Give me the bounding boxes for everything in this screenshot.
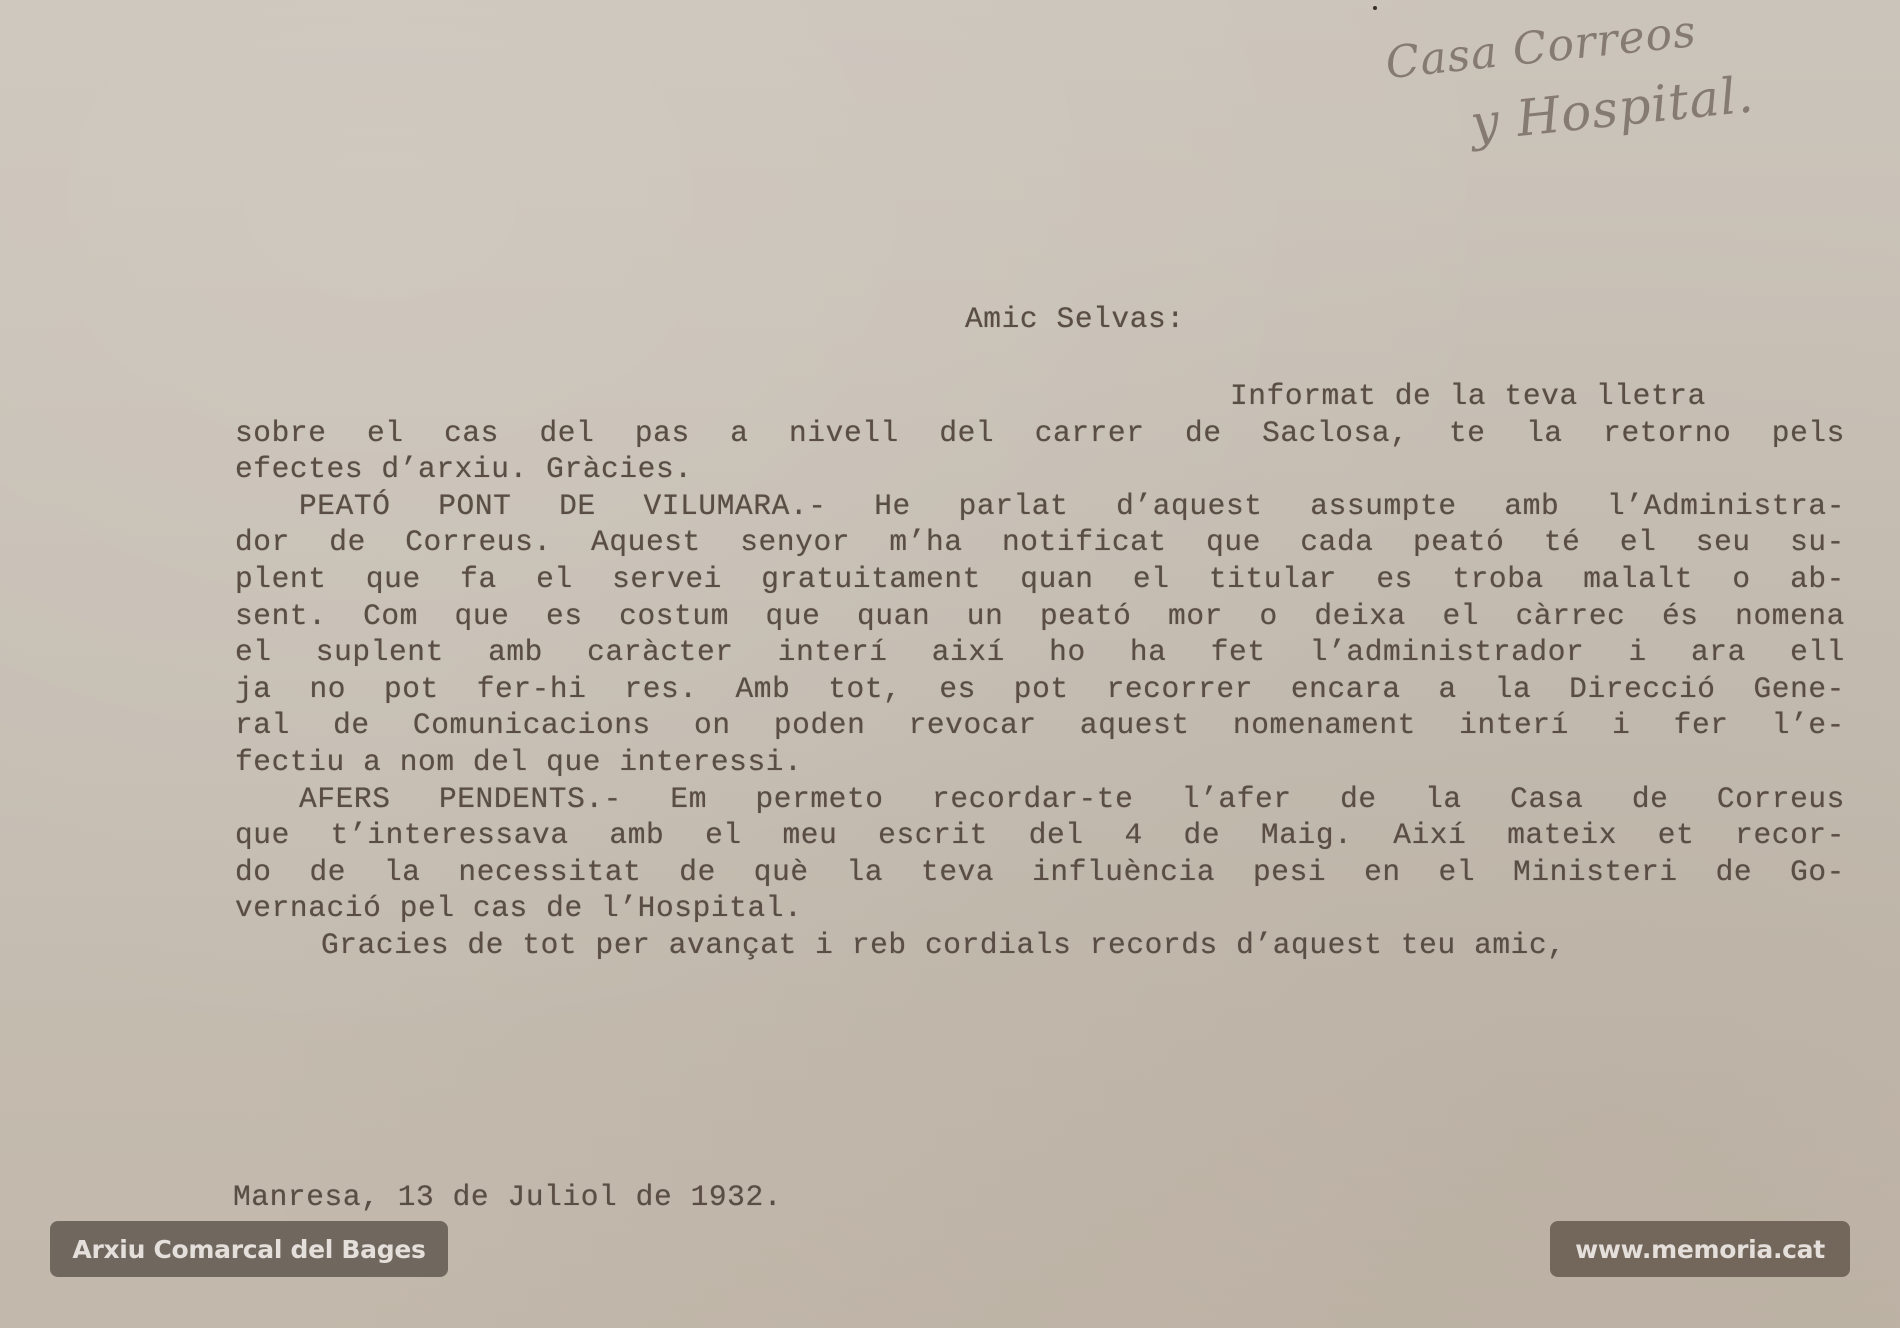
letter-page: Casa Correos y Hospital. Amic Selvas: In… — [0, 0, 1900, 1328]
paragraph-heading-line: PEATÓ PONT DE VILUMARA.- He parlat d’aqu… — [235, 488, 1845, 525]
archive-watermark-text: Arxiu Comarcal del Bages — [72, 1235, 425, 1264]
letter-body: Informat de la teva lletra sobre el cas … — [235, 378, 1845, 964]
handwritten-note-line-2: y Hospital. — [1468, 65, 1757, 152]
body-line: sobre el cas del pas a nivell del carrer… — [235, 415, 1845, 452]
place-date: Manresa, 13 de Juliol de 1932. — [233, 1180, 782, 1214]
closing-line: Gracies de tot per avançat i reb cordial… — [235, 927, 1845, 964]
body-line: plent que fa el servei gratuitament quan… — [235, 561, 1845, 598]
body-line: ral de Comunicacions on poden revocar aq… — [235, 707, 1845, 744]
website-watermark-text: www.memoria.cat — [1575, 1235, 1825, 1264]
body-line: vernació pel cas de l’Hospital. — [235, 890, 1845, 927]
body-line: efectes d’arxiu. Gràcies. — [235, 451, 1845, 488]
body-line: fectiu a nom del que interessi. — [235, 744, 1845, 781]
ink-speck — [1373, 6, 1377, 10]
salutation: Amic Selvas: — [965, 302, 1185, 336]
body-line: do de la necessitat de què la teva influ… — [235, 854, 1845, 891]
body-line: que t’interessava amb el meu escrit del … — [235, 817, 1845, 854]
body-line: Informat de la teva lletra — [1230, 378, 1845, 415]
paragraph-heading-line: AFERS PENDENTS.- Em permeto recordar-te … — [235, 781, 1845, 818]
website-watermark-badge: www.memoria.cat — [1550, 1221, 1850, 1277]
body-line: sent. Com que es costum que quan un peat… — [235, 598, 1845, 635]
body-line: ja no pot fer-hi res. Amb tot, es pot re… — [235, 671, 1845, 708]
archive-watermark-badge: Arxiu Comarcal del Bages — [50, 1221, 448, 1277]
body-line: dor de Correus. Aquest senyor m’ha notif… — [235, 524, 1845, 561]
body-line: el suplent amb caràcter interí així ho h… — [235, 634, 1845, 671]
